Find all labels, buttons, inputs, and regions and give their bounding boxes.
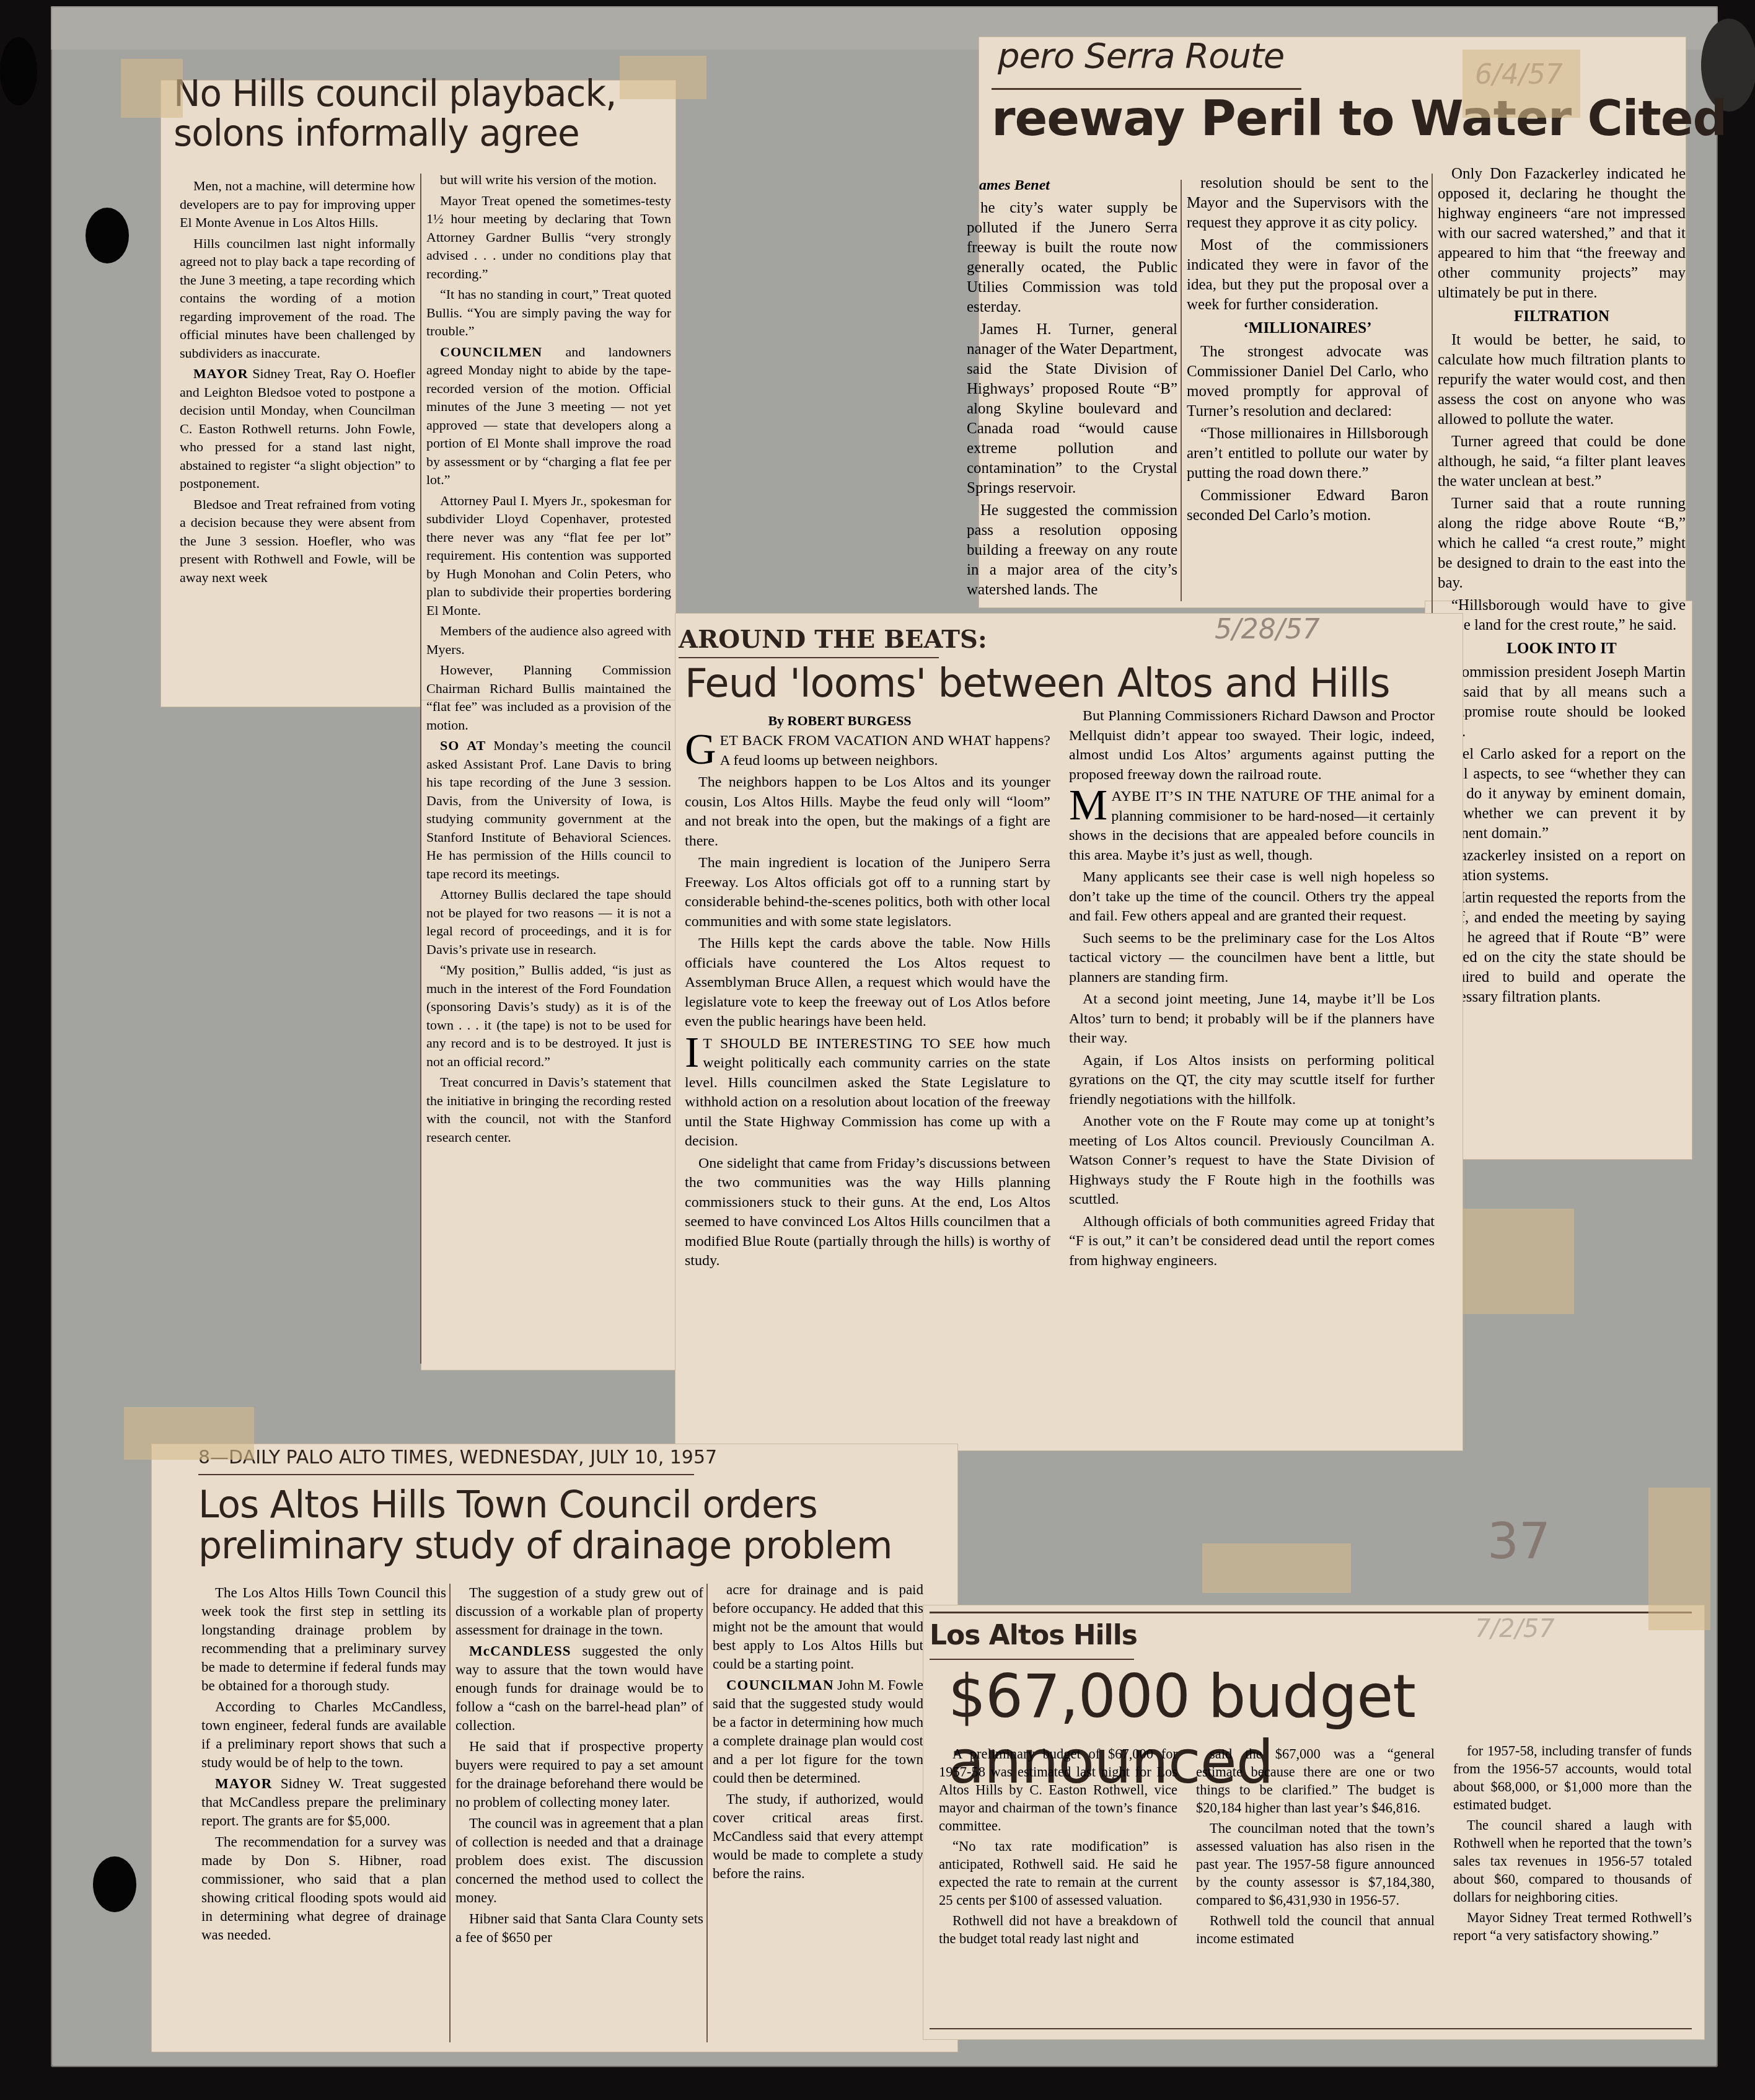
paragraph: said the $67,000 was a “general estimate… bbox=[1196, 1745, 1435, 1817]
paragraph: Again, if Los Altos insists on performin… bbox=[1069, 1051, 1435, 1110]
kicker-underline bbox=[992, 88, 1301, 90]
paragraph: The Hills kept the cards above the table… bbox=[685, 934, 1050, 1032]
paragraph-lead: MAYOR bbox=[193, 366, 249, 381]
paragraph: Mayor Treat opened the sometimes-testy 1… bbox=[426, 192, 671, 283]
drop-cap: M bbox=[1069, 788, 1107, 823]
paragraph: Many applicants see their case is well n… bbox=[1069, 868, 1435, 927]
paragraph: Attorney Paul I. Myers Jr., spokesman fo… bbox=[426, 492, 671, 620]
paragraph-lead: COUNCILMEN bbox=[440, 344, 542, 360]
headline-drainage: Los Altos Hills Town Council orders prel… bbox=[198, 1485, 892, 1566]
headline-playback: No Hills council playback, solons inform… bbox=[174, 74, 616, 154]
headline-line-1: No Hills council playback, bbox=[174, 74, 616, 114]
tape-strip bbox=[1462, 50, 1580, 118]
column-rule bbox=[420, 174, 421, 1364]
paragraph: McCANDLESS suggested the only way to ass… bbox=[455, 1642, 703, 1735]
paragraph: Commissioner Edward Baron seconded Del C… bbox=[1187, 486, 1428, 526]
paragraph: The strongest advocate was Commissioner … bbox=[1187, 342, 1428, 421]
paragraph: Only Don Fazackerley indicated he oppose… bbox=[1438, 164, 1686, 303]
paragraph: Members of the audience also agreed with… bbox=[426, 622, 671, 658]
paragraph: Del Carlo asked for a report on the lega… bbox=[1438, 744, 1686, 844]
paragraph: The neighbors happen to be Los Altos and… bbox=[685, 773, 1050, 851]
paragraph: He suggested the commission pass a resol… bbox=[967, 501, 1177, 600]
paragraph: Most of the commissioners indicated they… bbox=[1187, 236, 1428, 315]
paragraph: The Los Altos Hills Town Council this we… bbox=[201, 1584, 446, 1695]
paragraph: SO AT Monday’s meeting the council asked… bbox=[426, 736, 671, 883]
budget-bottom-rule bbox=[930, 2028, 1692, 2029]
tape-strip bbox=[620, 56, 706, 99]
handwritten-date: 7/2/57 bbox=[1475, 1615, 1555, 1643]
subhead: FILTRATION bbox=[1438, 307, 1686, 327]
headline-line-2: preliminary study of drainage problem bbox=[198, 1525, 892, 1566]
paragraph: The recommendation for a survey was made… bbox=[201, 1833, 446, 1944]
paragraph: but will write his version of the motion… bbox=[426, 170, 671, 189]
paragraph: “It has no standing in court,” Treat quo… bbox=[426, 285, 671, 340]
kicker-water: pero Serra Route bbox=[998, 37, 1284, 76]
article-column: The Los Altos Hills Town Council this we… bbox=[201, 1584, 446, 1947]
paragraph: According to Charles McCandless, town en… bbox=[201, 1698, 446, 1772]
paragraph: Rothwell told the council that annual in… bbox=[1196, 1912, 1435, 1948]
paragraph: It would be better, he said, to calculat… bbox=[1438, 330, 1686, 430]
paragraph: “No tax rate modification” is anticipate… bbox=[939, 1837, 1177, 1909]
article-column: A preliminary budget of $67,000 for 1957… bbox=[939, 1745, 1177, 1950]
paragraph: One sidelight that came from Friday’s di… bbox=[685, 1154, 1050, 1271]
article-column: Only Don Fazackerley indicated he oppose… bbox=[1438, 164, 1686, 1010]
tape-strip bbox=[121, 59, 183, 118]
paragraph: However, Planning Commission Chairman Ri… bbox=[426, 661, 671, 734]
headline-line-2: solons informally agree bbox=[174, 114, 616, 154]
paragraph: GET BACK FROM VACATION AND WHAT happens?… bbox=[685, 731, 1050, 770]
column-rule bbox=[1181, 180, 1182, 601]
paragraph: MAYBE IT’S IN THE NATURE OF THE animal f… bbox=[1069, 787, 1435, 865]
kicker-budget: Los Altos Hills bbox=[930, 1621, 1137, 1651]
binder-hole-top bbox=[86, 208, 129, 263]
folio-drainage: 8—DAILY PALO ALTO TIMES, WEDNESDAY, JULY… bbox=[198, 1447, 717, 1468]
paragraph: A preliminary budget of $67,000 for 1957… bbox=[939, 1745, 1177, 1835]
paragraph: Martin requested the reports from the st… bbox=[1438, 888, 1686, 1007]
paragraph: But Planning Commissioners Richard Dawso… bbox=[1069, 707, 1435, 785]
tape-strip bbox=[124, 1407, 254, 1460]
article-column: he city’s water supply be polluted if th… bbox=[967, 198, 1177, 602]
kicker-underline bbox=[930, 1659, 1134, 1660]
handwritten-date: 5/28/57 bbox=[1215, 614, 1320, 645]
drop-cap: I bbox=[685, 1036, 699, 1070]
paragraph: Men, not a machine, will determine how d… bbox=[180, 177, 415, 232]
paragraph-lead: COUNCILMAN bbox=[726, 1677, 834, 1693]
headline-feud: Feud 'looms' between Altos and Hills bbox=[685, 662, 1390, 705]
headline-water: reeway Peril to Water Cited bbox=[992, 93, 1726, 146]
paragraph: for 1957-58, including transfer of funds… bbox=[1453, 1742, 1692, 1814]
article-column: GET BACK FROM VACATION AND WHAT happens?… bbox=[685, 731, 1050, 1274]
article-column: resolution should be sent to the Mayor a… bbox=[1187, 174, 1428, 528]
byline-water: ames Benet bbox=[979, 177, 1177, 195]
binder-hole-bottom bbox=[93, 1856, 136, 1912]
paragraph: Another vote on the F Route may come up … bbox=[1069, 1112, 1435, 1210]
paragraph: Bledsoe and Treat refrained from voting … bbox=[180, 495, 415, 587]
paragraph: The councilman noted that the town’s ass… bbox=[1196, 1819, 1435, 1909]
article-column: But Planning Commissioners Richard Dawso… bbox=[1069, 707, 1435, 1273]
paragraph-lead: SO AT bbox=[440, 738, 486, 753]
paragraph: MAYOR Sidney W. Treat suggested that McC… bbox=[201, 1775, 446, 1830]
paragraph: At a second joint meeting, June 14, mayb… bbox=[1069, 990, 1435, 1049]
paragraph: Rothwell did not have a breakdown of the… bbox=[939, 1912, 1177, 1948]
column-rule bbox=[449, 1584, 451, 2042]
paragraph: “Hillsborough would have to give some la… bbox=[1438, 596, 1686, 635]
paragraph: He said that if prospective property buy… bbox=[455, 1737, 703, 1812]
paragraph: The study, if authorized, would cover cr… bbox=[713, 1790, 923, 1883]
paragraph: The suggestion of a study grew out of di… bbox=[455, 1584, 703, 1639]
tape-strip bbox=[1462, 1209, 1574, 1314]
paragraph: acre for drainage and is paid before occ… bbox=[713, 1581, 923, 1674]
article-column: said the $67,000 was a “general estimate… bbox=[1196, 1745, 1435, 1950]
tape-strip bbox=[1202, 1543, 1351, 1593]
paragraph: he city’s water supply be polluted if th… bbox=[967, 198, 1177, 317]
article-column: but will write his version of the motion… bbox=[426, 170, 671, 1149]
paragraph: Treat concurred in Davis’s statement tha… bbox=[426, 1073, 671, 1146]
kicker-feud: AROUND THE BEATS: bbox=[679, 626, 987, 653]
paragraph-lead: McCANDLESS bbox=[469, 1643, 571, 1659]
paragraph: MAYOR Sidney Treat, Ray O. Hoefler and L… bbox=[180, 364, 415, 493]
paragraph: COUNCILMEN and landowners agreed Monday … bbox=[426, 343, 671, 489]
paragraph: Turner agreed that could be done althoug… bbox=[1438, 432, 1686, 492]
paragraph: “Those millionaires in Hillsborough aren… bbox=[1187, 424, 1428, 483]
article-column: The suggestion of a study grew out of di… bbox=[455, 1584, 703, 1949]
paragraph: Fazackerley insisted on a report on filt… bbox=[1438, 846, 1686, 886]
paragraph: COUNCILMAN John M. Fowle said that the s… bbox=[713, 1676, 923, 1788]
paragraph: The council was in agreement that a plan… bbox=[455, 1814, 703, 1907]
article-column: for 1957-58, including transfer of funds… bbox=[1453, 1742, 1692, 1947]
paragraph: Turner said that a route running along t… bbox=[1438, 494, 1686, 593]
subhead: LOOK INTO IT bbox=[1438, 639, 1686, 659]
tape-strip bbox=[1648, 1488, 1710, 1630]
paragraph: Hibner said that Santa Clara County sets… bbox=[455, 1910, 703, 1947]
paragraph: Such seems to be the preliminary case fo… bbox=[1069, 929, 1435, 988]
paragraph: “My position,” Bullis added, “is just as… bbox=[426, 961, 671, 1070]
paragraph: Attorney Bullis declared the tape should… bbox=[426, 885, 671, 958]
kicker-underline bbox=[679, 657, 939, 658]
paragraph: Commission president Joseph Martin Jr. s… bbox=[1438, 663, 1686, 742]
article-column: acre for drainage and is paid before occ… bbox=[713, 1581, 923, 1886]
paragraph: Although officials of both communities a… bbox=[1069, 1212, 1435, 1271]
subhead: ‘MILLIONAIRES’ bbox=[1187, 319, 1428, 338]
headline-line-1: Los Altos Hills Town Council orders bbox=[198, 1485, 892, 1525]
article-column: Men, not a machine, will determine how d… bbox=[180, 177, 415, 589]
paragraph: The council shared a laugh with Rothwell… bbox=[1453, 1816, 1692, 1906]
paragraph-lead: MAYOR bbox=[215, 1776, 272, 1791]
byline-feud: By ROBERT BURGESS bbox=[716, 712, 964, 730]
folio-rule bbox=[198, 1474, 694, 1475]
column-rule bbox=[706, 1584, 708, 2042]
paragraph: IT SHOULD BE INTERESTING TO SEE how much… bbox=[685, 1035, 1050, 1152]
paragraph: Hills councilmen last night informally a… bbox=[180, 234, 415, 363]
paragraph: James H. Turner, general nanager of the … bbox=[967, 320, 1177, 498]
budget-top-rule bbox=[930, 1612, 1692, 1613]
paragraph: Mayor Sidney Treat termed Rothwell’s rep… bbox=[1453, 1908, 1692, 1944]
binder-hole-edge bbox=[0, 37, 37, 105]
page-number: 37 bbox=[1487, 1512, 1550, 1570]
paragraph: resolution should be sent to the Mayor a… bbox=[1187, 174, 1428, 233]
drop-cap: G bbox=[685, 733, 716, 767]
paragraph: The main ingredient is location of the J… bbox=[685, 854, 1050, 932]
